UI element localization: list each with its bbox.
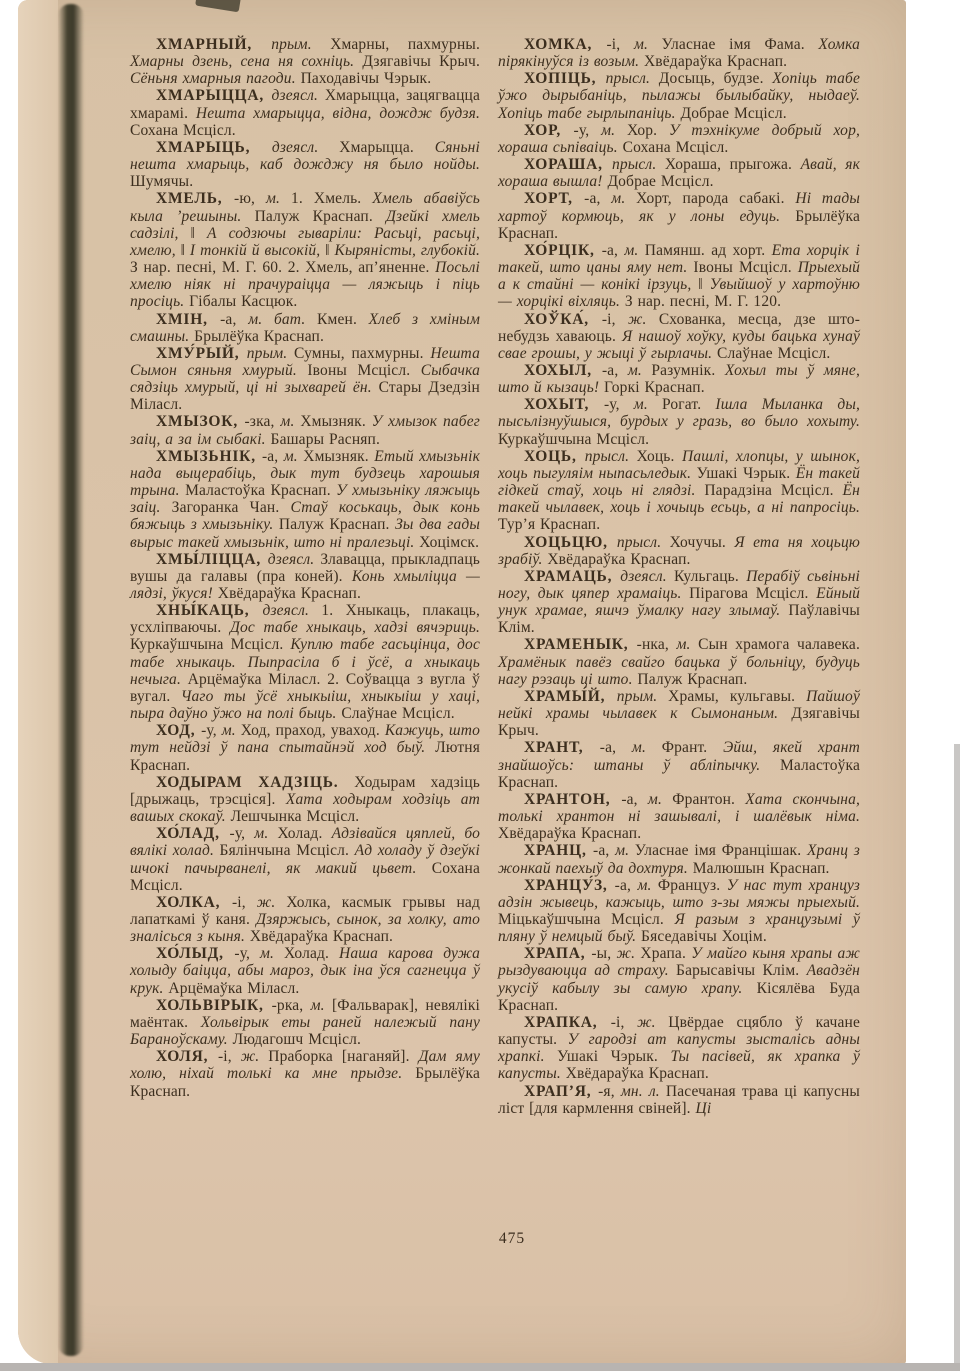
plain-text: -ы, bbox=[591, 945, 616, 962]
plain-text: -а, bbox=[584, 190, 611, 207]
plain-text: Маластоўка Краснап. bbox=[185, 482, 336, 499]
dictionary-entry: ХОХЫТ, -у, м. Рогат. Ішла Мыланка ды, пы… bbox=[498, 396, 860, 447]
plain-text: Загоранка Чан. bbox=[172, 499, 291, 516]
headword: ХО́ЛАД, bbox=[156, 825, 230, 842]
plain-text: -рка, bbox=[272, 997, 311, 1014]
italic-text: прысл. bbox=[606, 70, 659, 87]
plain-text: -у, bbox=[604, 396, 634, 413]
headword: ХРАМАЦЬ, bbox=[524, 568, 620, 585]
plain-text: -у, bbox=[201, 722, 222, 739]
dictionary-entry: ХМЫЗОК, -зка, м. Хмызняк. У хмызок пабег… bbox=[130, 413, 480, 447]
plain-text: Памянш. ад хорт. bbox=[645, 242, 772, 259]
dictionary-entry: ХМЫ́ЛІЦЦА, дзеясл. Злавацца, прыкладпаць… bbox=[130, 551, 480, 602]
headword: ХМЫ́ЛІЦЦА, bbox=[156, 551, 268, 568]
plain-text: Рогат. bbox=[662, 396, 715, 413]
plain-text: -і, bbox=[607, 36, 634, 53]
italic-text: ж. bbox=[241, 1048, 269, 1065]
italic-text: прысл. bbox=[585, 448, 637, 465]
plain-text: -а, bbox=[621, 791, 648, 808]
scan-right-edge bbox=[954, 744, 960, 1364]
italic-text: Дос табе хныкаць, хадзі вячэриць. bbox=[230, 619, 480, 636]
scan-bottom-edge bbox=[0, 1363, 960, 1371]
dictionary-entry: ХО́ЛЫД, -у, м. Холад. Наша карова дужа х… bbox=[130, 945, 480, 996]
dictionary-entry: ХРАМЫ́Й, прым. Храмы, кульгавы. Пайшоў н… bbox=[498, 688, 860, 739]
plain-text: Дзягавічы Крыч. bbox=[362, 53, 480, 70]
dictionary-entry: ХРАПКА, -і, ж. Цвёрдае сцябло ў качане к… bbox=[498, 1014, 860, 1083]
italic-text: м. bbox=[611, 190, 636, 207]
headword: ХРАПА, bbox=[524, 945, 591, 962]
plain-text: Брылёўка Краснап. bbox=[194, 328, 324, 345]
dictionary-entry: ХРАНЦ, -а, м. Уласнае імя Францішак. Хра… bbox=[498, 842, 860, 876]
headword: ХО́РЦІК, bbox=[524, 242, 602, 259]
plain-text: З нар. песні, М. Г. 120. bbox=[625, 293, 781, 310]
headword: ХО́ЛЫД, bbox=[156, 945, 234, 962]
italic-text: м. бат. bbox=[248, 311, 317, 328]
plain-text: Палуж Краснап. bbox=[637, 671, 747, 688]
headword: ХРАП’Я, bbox=[524, 1083, 598, 1100]
plain-text: Куркаўшчына Мсцісл. bbox=[498, 431, 649, 448]
italic-text: м. bbox=[284, 448, 304, 465]
plain-text: Івоны Мсцісл. bbox=[693, 259, 797, 276]
plain-text: Хмарыцца. bbox=[339, 139, 435, 156]
headword: ХРАМЫ́Й, bbox=[524, 688, 617, 705]
dictionary-entry: ХМЫЗЬНІК, -а, м. Хмызняк. Етый хмызьнік … bbox=[130, 448, 480, 551]
italic-text: м. bbox=[634, 396, 662, 413]
italic-text: м. bbox=[615, 842, 635, 859]
headword: ХОД, bbox=[156, 722, 201, 739]
dictionary-entry: ХОРТ, -а, м. Хорт, парода сабакі. Ні тад… bbox=[498, 190, 860, 241]
italic-text: м. bbox=[648, 791, 672, 808]
plain-text: Холад. bbox=[284, 945, 339, 962]
italic-text: Ці bbox=[696, 1100, 712, 1117]
plain-text: Куркаўшчына Мсцісл. bbox=[130, 636, 290, 653]
plain-text: Хораша, прыгожа. bbox=[665, 156, 801, 173]
dictionary-entry: ХОХЫЛ, -а, м. Разумнік. Хохыл ты ў мяне,… bbox=[498, 362, 860, 396]
plain-text: Сохана Мсцісл. bbox=[130, 122, 236, 139]
headword: ХРАНТ, bbox=[524, 739, 600, 756]
headword: ХРАПКА, bbox=[524, 1014, 611, 1031]
italic-text: дзеясл. bbox=[262, 602, 321, 619]
dictionary-entry: ХМІН, -а, м. бат. Кмен. Хлеб з хміным см… bbox=[130, 311, 480, 345]
italic-text: прым. bbox=[247, 345, 294, 362]
headword: ХОХЫТ, bbox=[524, 396, 604, 413]
headword: ХМІН, bbox=[156, 311, 220, 328]
plain-text: Слаўнае Мсцісл. bbox=[717, 345, 830, 362]
headword: ХМЫЗОК, bbox=[156, 413, 244, 430]
headword: ХОРТ, bbox=[524, 190, 584, 207]
italic-text: м. bbox=[260, 945, 284, 962]
dictionary-entry: ХОД, -у, м. Ход, праход, уваход. Кажуць,… bbox=[130, 722, 480, 773]
headword: ХНЫ́КАЦЬ, bbox=[156, 602, 262, 619]
dictionary-entry: ХМАРЫЦЦА, дзеясл. Хмарыцца, зацягвацца х… bbox=[130, 87, 480, 138]
plain-text: Тур’я Краснап. bbox=[498, 516, 600, 533]
page-number: 475 bbox=[462, 1230, 562, 1248]
plain-text: -у, bbox=[230, 825, 255, 842]
italic-text: м. bbox=[254, 825, 277, 842]
headword: ХОРАША, bbox=[524, 156, 612, 173]
scanned-book-page: ХМАРНЫЙ, прым. Хмарны, пахмурны. Хмарны … bbox=[18, 0, 906, 1364]
dictionary-entry: ХО́ЛАД, -у, м. Холад. Адзівайся цяплей, … bbox=[130, 825, 480, 894]
plain-text: Гібалы Касцюк. bbox=[189, 293, 297, 310]
dictionary-entry: ХРАНТ, -а, м. Франт. Эйш, якей хрант зна… bbox=[498, 739, 860, 790]
plain-text: Холад. bbox=[277, 825, 331, 842]
plain-text: Слаўнае Мсцісл. bbox=[341, 705, 454, 722]
italic-text: ж. bbox=[628, 311, 659, 328]
italic-text: дзеясл. bbox=[620, 568, 674, 585]
book-gutter-shadow bbox=[58, 4, 84, 1356]
headword: ХОЦЬ, bbox=[524, 448, 585, 465]
italic-text: прысл. bbox=[612, 156, 665, 173]
plain-text: -а, bbox=[615, 877, 638, 894]
plain-text: -а, bbox=[262, 448, 284, 465]
plain-text: Франтон. bbox=[672, 791, 745, 808]
dictionary-entry: ХРАП’Я, -я, мн. л. Пасечаная трава ці ка… bbox=[498, 1083, 860, 1117]
headword: ХОЛКА, bbox=[156, 894, 232, 911]
dictionary-entry: ХМАРЫЦЬ, дзеясл. Хмарыцца. Сяньні нешта … bbox=[130, 139, 480, 190]
plain-text: -а, bbox=[602, 242, 625, 259]
plain-text: Башары Расняп. bbox=[271, 431, 381, 448]
headword: ХМУ́РЫЙ, bbox=[156, 345, 247, 362]
plain-text: -у, bbox=[234, 945, 260, 962]
italic-text: дзеясл. bbox=[272, 87, 325, 104]
italic-text: м. bbox=[222, 722, 241, 739]
italic-text: Нешта хмарыцца, відна, дождж будзя. bbox=[196, 105, 480, 122]
italic-text: м. bbox=[601, 122, 627, 139]
italic-text: м. bbox=[311, 997, 332, 1014]
plain-text: Кульгаць. bbox=[674, 568, 746, 585]
dictionary-entry: ХРАМАЦЬ, дзеясл. Кульгаць. Перабіў сьвін… bbox=[498, 568, 860, 637]
plain-text: Барысавічы Клім. bbox=[676, 962, 807, 979]
plain-text: -зка, bbox=[244, 413, 280, 430]
plain-text: -і, bbox=[218, 1048, 241, 1065]
dictionary-entry: ХРАПА, -ы, ж. Храпа. У майго кыня храпы … bbox=[498, 945, 860, 1014]
plain-text: Ход, праход, уваход. bbox=[241, 722, 385, 739]
headword: ХОПІЦЬ, bbox=[524, 70, 606, 87]
plain-text: -і, bbox=[232, 894, 257, 911]
dictionary-entry: ХМУ́РЫЙ, прым. Сумны, пахмурны. Нешта Сы… bbox=[130, 345, 480, 414]
italic-text: м. bbox=[624, 242, 644, 259]
plain-text: Француз. bbox=[658, 877, 727, 894]
plain-text: Хмызняк. bbox=[303, 448, 374, 465]
plain-text: Хвёдараўка Краснап. bbox=[644, 53, 787, 70]
plain-text: Палуж Краснап. bbox=[279, 516, 395, 533]
dictionary-entry: ХРАНЦУ́З, -а, м. Француз. У нас тут хран… bbox=[498, 877, 860, 946]
italic-text: м. bbox=[280, 413, 300, 430]
plain-text: Хмызняк. bbox=[300, 413, 371, 430]
plain-text: -нка, bbox=[637, 636, 677, 653]
plain-text: Кмен. bbox=[317, 311, 369, 328]
plain-text: Хоць. bbox=[637, 448, 682, 465]
italic-text: прым. bbox=[271, 36, 330, 53]
italic-text: м. bbox=[632, 739, 662, 756]
plain-text: -і, bbox=[602, 311, 628, 328]
plain-text: Хвёдараўка Краснап. bbox=[250, 928, 393, 945]
plain-text: Лешчынка Мсцісл. bbox=[231, 808, 360, 825]
plain-text: -ю, bbox=[234, 190, 266, 207]
plain-text: Міцькаўшчына Мсцісл. bbox=[498, 911, 675, 928]
plain-text: Храпа. bbox=[640, 945, 691, 962]
plain-text: Паходавічы Чэрык. bbox=[301, 70, 432, 87]
plain-text: Досыць, будзе. bbox=[659, 70, 773, 87]
italic-text: дзеясл. bbox=[272, 139, 339, 156]
plain-text: Арцёмаўка Міласл. bbox=[168, 980, 299, 997]
dictionary-entry: ХНЫ́КАЦЬ, дзеясл. 1. Хныкаць, плакаць, у… bbox=[130, 602, 480, 722]
italic-text: м. bbox=[637, 877, 657, 894]
right-text-column: ХОМКА, -і, м. Уласнае імя Фама. Хомка пі… bbox=[498, 36, 860, 1117]
headword: ХОЎКА́, bbox=[524, 311, 602, 328]
dictionary-entry: ХМЕЛЬ, -ю, м. 1. Хмель. Хмель абавіўсь к… bbox=[130, 190, 480, 310]
plain-text: Франт. bbox=[662, 739, 723, 756]
dictionary-entry: ХРАНТОН, -а, м. Франтон. Хата скончына, … bbox=[498, 791, 860, 842]
italic-text: м. bbox=[677, 636, 699, 653]
plain-text: Бяседавічы Хоцім. bbox=[641, 928, 767, 945]
italic-text: ж. bbox=[257, 894, 287, 911]
dictionary-entry: ХОЛЬВІРЫК, -рка, м. [Фальварак], невялік… bbox=[130, 997, 480, 1048]
headword: ХРАНТОН, bbox=[524, 791, 621, 808]
plain-text: -а, bbox=[593, 842, 615, 859]
italic-text: м. bbox=[634, 36, 662, 53]
dictionary-entry: ХОДЫРАМ ХАДЗІЦЬ. Ходырам хадзіць [дрыжац… bbox=[130, 774, 480, 825]
plain-text: Горкі Краснап. bbox=[604, 379, 705, 396]
plain-text: З нар. песні, М. Г. 60. 2. Хмель, ап’яне… bbox=[130, 259, 435, 276]
left-text-column: ХМАРНЫЙ, прым. Хмарны, пахмурны. Хмарны … bbox=[130, 36, 480, 1100]
dictionary-entry: ХОЛКА, -і, ж. Холка, касмык грывы над ла… bbox=[130, 894, 480, 945]
plain-text: Сумны, пахмурны. bbox=[294, 345, 430, 362]
plain-text: Малюшын Краснап. bbox=[693, 860, 830, 877]
italic-text: ж. bbox=[637, 1014, 668, 1031]
italic-text: дзеясл. bbox=[268, 551, 321, 568]
dictionary-entry: ХОМКА, -і, м. Уласнае імя Фама. Хомка пі… bbox=[498, 36, 860, 70]
plain-text: Івоны Мсцісл. bbox=[307, 362, 420, 379]
plain-text: Хор. bbox=[627, 122, 669, 139]
dictionary-entry: ХОЦЬ, прысл. Хоць. Пашлі, хлопцы, у шыно… bbox=[498, 448, 860, 534]
plain-text: Хочучы. bbox=[670, 534, 735, 551]
plain-text: Ушакі Чэрык. bbox=[557, 1048, 670, 1065]
plain-text: Добрае Мсцісл. bbox=[607, 173, 713, 190]
plain-text: Разумнік. bbox=[651, 362, 724, 379]
plain-text: Людагошч Мсцісл. bbox=[233, 1031, 361, 1048]
headword: ХОХЫЛ, bbox=[524, 362, 602, 379]
headword: ХРАМЕНЫК, bbox=[524, 636, 637, 653]
plain-text: Хвёдараўка Краснап. bbox=[218, 585, 361, 602]
headword: ХОМКА, bbox=[524, 36, 607, 53]
plain-text: -у, bbox=[574, 122, 602, 139]
plain-text: Уласнае імя Францішак. bbox=[635, 842, 807, 859]
plain-text: Хвёдараўка Краснап. bbox=[547, 551, 690, 568]
italic-text: ж. bbox=[617, 945, 641, 962]
dictionary-entry: ХОР, -у, м. Хор. У тэхнікуме добрый хор,… bbox=[498, 122, 860, 156]
dictionary-entry: ХОЎКА́, -і, ж. Схованка, месца, дзе што-… bbox=[498, 311, 860, 362]
headword: ХМАРНЫЙ, bbox=[156, 36, 271, 53]
headword: ХМАРЫЦЦА, bbox=[156, 87, 272, 104]
plain-text: -а, bbox=[220, 311, 248, 328]
dictionary-entry: ХОПІЦЬ, прысл. Досыць, будзе. Хопіць таб… bbox=[498, 70, 860, 121]
page-left-edge bbox=[18, 0, 58, 1364]
plain-text: Хмарны, пахмурны. bbox=[330, 36, 480, 53]
plain-text: Храмы, кульгавы. bbox=[668, 688, 806, 705]
plain-text: Хорт, парода сабакі. bbox=[636, 190, 795, 207]
plain-text: Шумячы. bbox=[130, 173, 193, 190]
headword: ХМАРЫЦЬ, bbox=[156, 139, 272, 156]
dictionary-entry: ХОЛЯ, -і, ж. Праборка [наганяй]. Дам яму… bbox=[130, 1048, 480, 1099]
dictionary-entry: ХОЦЬЦЮ, прысл. Хочучы. Я ета ня хоцьцю з… bbox=[498, 534, 860, 568]
headword: ХМЕЛЬ, bbox=[156, 190, 234, 207]
plain-text: Пірагова Мсцісл. bbox=[689, 585, 816, 602]
italic-text: Хмарны дзень, сена ня сохніць. bbox=[130, 53, 362, 70]
plain-text: -я, bbox=[598, 1083, 621, 1100]
plain-text: Уласнае імя Фама. bbox=[662, 36, 819, 53]
plain-text: Сохана Мсцісл. bbox=[623, 139, 729, 156]
plain-text: Бялінчына Мсцісл. bbox=[220, 842, 355, 859]
plain-text: -а, bbox=[600, 739, 632, 756]
italic-text: мн. л. bbox=[621, 1083, 666, 1100]
dictionary-entry: ХО́РЦІК, -а, м. Памянш. ад хорт. Ета хор… bbox=[498, 242, 860, 311]
italic-text: м. bbox=[628, 362, 652, 379]
headword: ХОЛЯ, bbox=[156, 1048, 218, 1065]
plain-text: Парадзіна Мсцісл. bbox=[704, 482, 842, 499]
plain-text: Хвёдараўка Краснап. bbox=[566, 1065, 709, 1082]
italic-text: прысл. bbox=[617, 534, 670, 551]
headword: ХОЛЬВІРЫК, bbox=[156, 997, 272, 1014]
headword: ХМЫЗЬНІК, bbox=[156, 448, 262, 465]
headword: ХОДЫРАМ ХАДЗІЦЬ. bbox=[156, 774, 354, 791]
plain-text: Палуж Краснап. bbox=[255, 208, 386, 225]
plain-text: -а, bbox=[602, 362, 628, 379]
dictionary-entry: ХОРАША, прысл. Хораша, прыгожа. Авай, як… bbox=[498, 156, 860, 190]
plain-text: -і, bbox=[611, 1014, 637, 1031]
dictionary-entry: ХРАМЕНЫК, -нка, м. Сын храмога чалавека.… bbox=[498, 636, 860, 687]
scan-artifact-mark bbox=[195, 0, 241, 12]
plain-text: Добрае Мсцісл. bbox=[681, 105, 787, 122]
italic-text: Сёньня хмарныя пагоди. bbox=[130, 70, 301, 87]
plain-text: 1. Хмель. bbox=[291, 190, 372, 207]
italic-text: м. bbox=[266, 190, 291, 207]
plain-text: Праборка [наганяй]. bbox=[268, 1048, 418, 1065]
headword: ХРАНЦ, bbox=[524, 842, 593, 859]
headword: ХОР, bbox=[524, 122, 574, 139]
headword: ХРАНЦУ́З, bbox=[524, 877, 615, 894]
plain-text: Хоцімск. bbox=[419, 534, 479, 551]
plain-text: Сын храмога чалавека. bbox=[698, 636, 860, 653]
dictionary-entry: ХМАРНЫЙ, прым. Хмарны, пахмурны. Хмарны … bbox=[130, 36, 480, 87]
italic-text: прым. bbox=[617, 688, 668, 705]
headword: ХОЦЬЦЮ, bbox=[524, 534, 617, 551]
plain-text: Хвёдараўка Краснап. bbox=[498, 825, 641, 842]
plain-text: Ушакі Чэрык. bbox=[697, 465, 796, 482]
